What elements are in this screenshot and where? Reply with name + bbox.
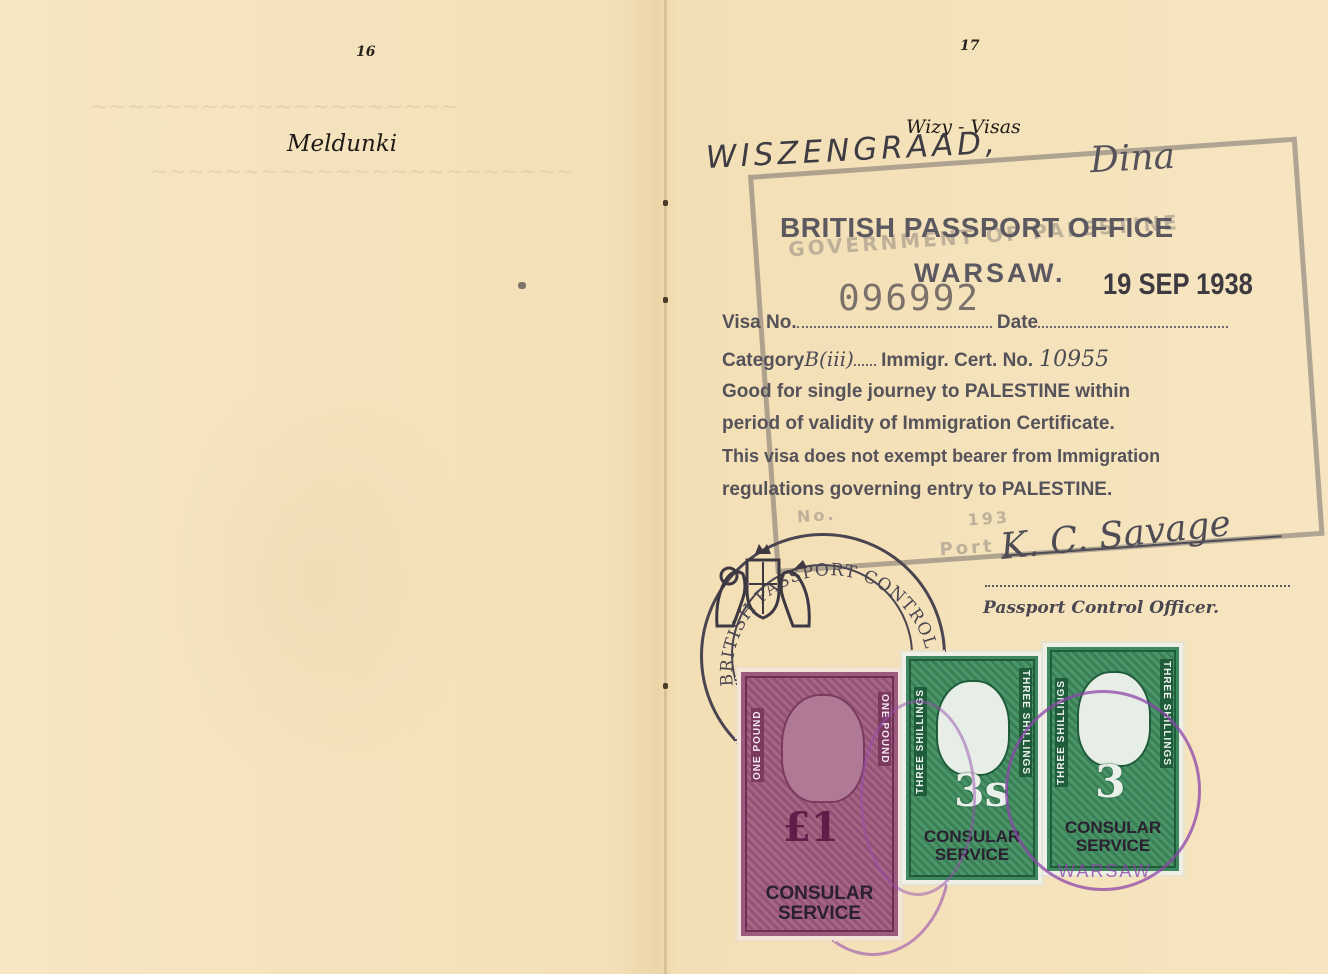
royal-coat-of-arms-icon (703, 536, 823, 636)
category-value: B(iii) (804, 347, 854, 371)
visa-no-row: Visa No. Date (722, 312, 1228, 334)
passport-spread: 16 Meldunki ~~~~~~~~~~~~~~~~~~~~ ~~~~~~~… (0, 0, 1328, 974)
date-label: Date (997, 312, 1038, 333)
stamp-side-label: ONE POUND (751, 708, 764, 782)
cancellation-postmark: WARSAW (1005, 690, 1201, 891)
cancellation-postmark (860, 700, 976, 896)
signature-dotted-line (985, 585, 1290, 587)
category-row: CategoryB(iii) Immigr. Cert. No.10955 (722, 347, 1109, 372)
king-portrait-icon (781, 694, 865, 803)
page-number-left: 16 (356, 44, 375, 60)
watermark-crest-icon (170, 370, 470, 790)
binding-stitch (663, 297, 668, 303)
binding-stitch (663, 683, 668, 689)
page-heading-meldunki: Meldunki (287, 131, 397, 157)
book-gutter (664, 0, 667, 974)
signatory-title: Passport Control Officer. (983, 598, 1219, 618)
postmark-text: WARSAW (1058, 861, 1152, 882)
bleed-through-text: ~~~~~~~~~~~~~~~~~~~~ (90, 95, 459, 120)
condition-line: regulations governing entry to PALESTINE… (722, 479, 1112, 501)
condition-line: This visa does not exempt bearer from Im… (722, 446, 1160, 467)
stamp-denomination: £1 (783, 804, 839, 851)
stamp-overprint: CONSULAR SERVICE (741, 884, 898, 924)
condition-line: Good for single journey to PALESTINE wit… (722, 381, 1130, 403)
page-number-right: 17 (960, 38, 979, 54)
immigr-cert-label: Immigr. Cert. No. (881, 350, 1033, 371)
bleed-through-text: ~~~~~~~~~~~~~~~~~~~~~~~ (150, 160, 574, 185)
binding-stitch (663, 200, 668, 206)
visa-no-label: Visa No. (722, 312, 797, 333)
left-page: 16 Meldunki ~~~~~~~~~~~~~~~~~~~~ ~~~~~~~… (0, 0, 664, 974)
immigr-cert-value: 10955 (1039, 347, 1109, 372)
category-label: Category (722, 350, 804, 371)
paper-speck (518, 282, 526, 289)
condition-line: period of validity of Immigration Certif… (722, 413, 1115, 435)
stamp-office-name: BRITISH PASSPORT OFFICE (780, 212, 1174, 244)
visa-date-stamp: 19 SEP 1938 (1103, 268, 1253, 302)
